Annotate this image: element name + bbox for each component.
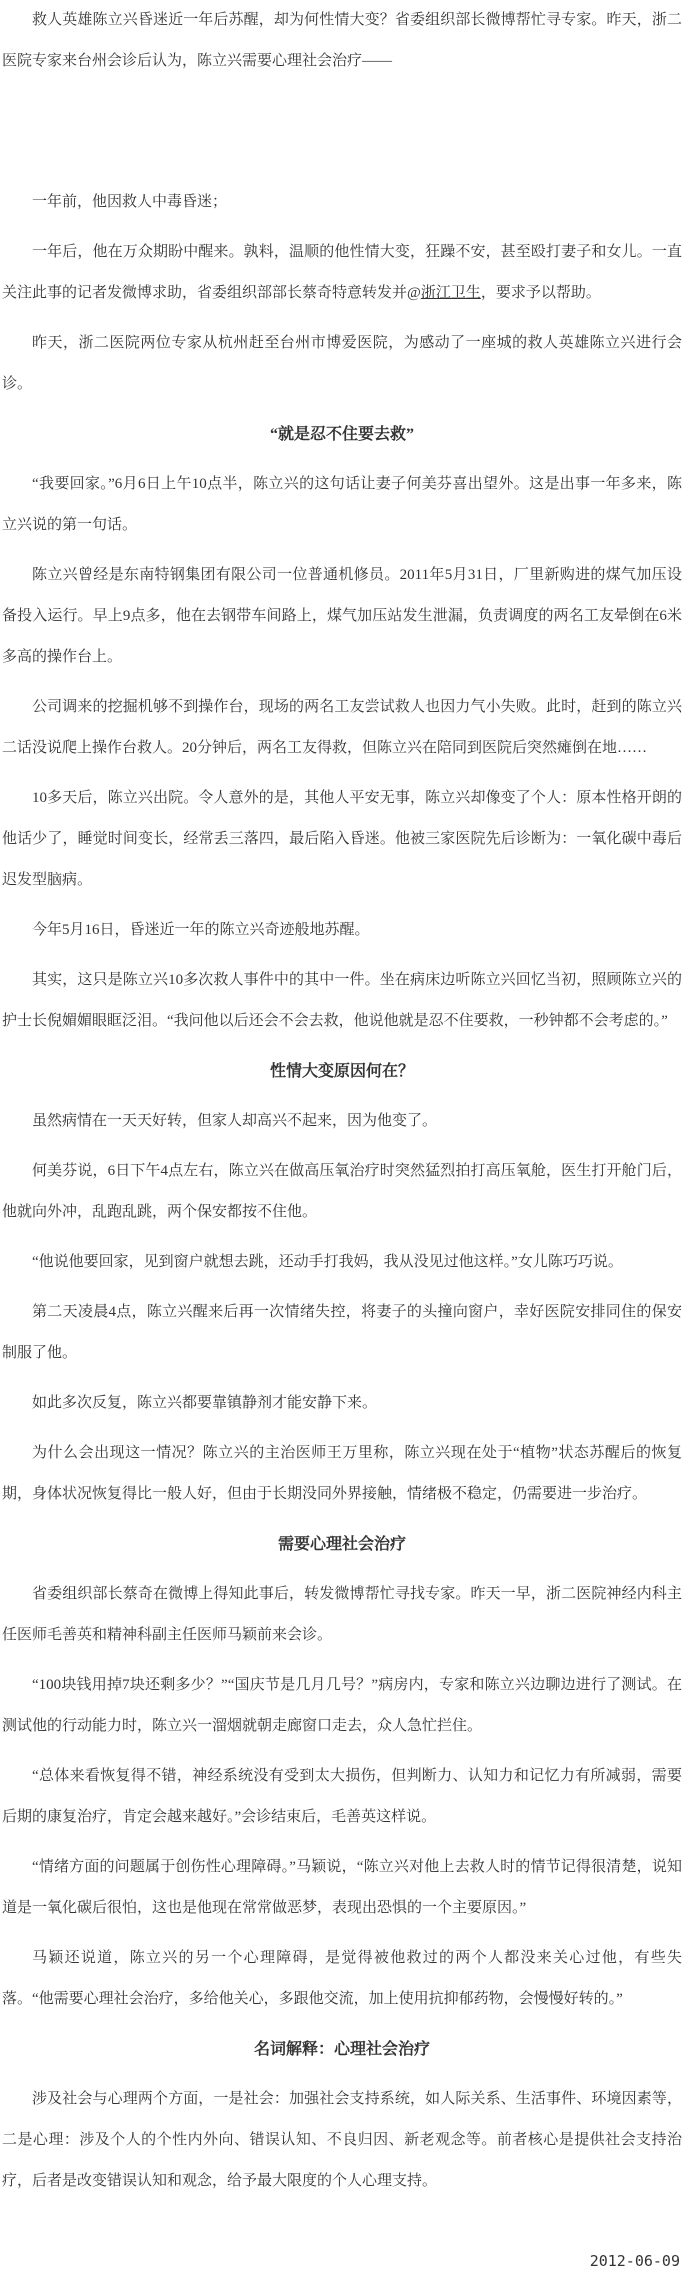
paragraph: 昨天，浙二医院两位专家从杭州赶至台州市博爱医院，为感动了一座城的救人英雄陈立兴进… <box>2 323 682 405</box>
section-heading: 名词解释：心理社会治疗 <box>2 2029 682 2070</box>
paragraph: 其实，这只是陈立兴10多次救人事件中的其中一件。坐在病床边听陈立兴回忆当初，照顾… <box>2 960 682 1042</box>
paragraph: “他说他要回家，见到窗户就想去跳，还动手打我妈，我从没见过他这样。”女儿陈巧巧说… <box>2 1242 682 1283</box>
paragraph-text: ，要求予以帮助。 <box>481 285 601 301</box>
paragraph: 虽然病情在一天天好转，但家人却高兴不起来，因为他变了。 <box>2 1101 682 1142</box>
section-heading: “就是忍不住要去救” <box>2 414 682 455</box>
article-page: 救人英雄陈立兴昏迷近一年后苏醒，却为何性情大变？省委组织部长微博帮忙寻专家。昨天… <box>0 0 684 2273</box>
paragraph: 陈立兴曾经是东南特钢集团有限公司一位普通机修员。2011年5月31日，厂里新购进… <box>2 555 682 678</box>
lead-paragraph: 救人英雄陈立兴昏迷近一年后苏醒，却为何性情大变？省委组织部长微博帮忙寻专家。昨天… <box>2 0 682 82</box>
paragraph: 何美芬说，6日下午4点左右，陈立兴在做高压氧治疗时突然猛烈拍打高压氧舱，医生打开… <box>2 1151 682 1233</box>
section-heading: 需要心理社会治疗 <box>2 1524 682 1565</box>
paragraph: “100块钱用掉7块还剩多少？”“国庆节是几月几号？”病房内，专家和陈立兴边聊边… <box>2 1665 682 1747</box>
paragraph: 一年前，他因救人中毒昏迷； <box>2 182 682 223</box>
paragraph: 涉及社会与心理两个方面，一是社会：加强社会支持系统，如人际关系、生活事件、环境因… <box>2 2079 682 2202</box>
paragraph: 公司调来的挖掘机够不到操作台，现场的两名工友尝试救人也因力气小失败。此时，赶到的… <box>2 687 682 769</box>
paragraph: 今年5月16日，昏迷近一年的陈立兴奇迹般地苏醒。 <box>2 910 682 951</box>
weibo-mention-link[interactable]: 浙江卫生 <box>421 285 481 301</box>
image-placeholder-gap <box>2 91 682 182</box>
paragraph: “情绪方面的问题属于创伤性心理障碍。”马颖说，“陈立兴对他上去救人时的情节记得很… <box>2 1847 682 1929</box>
paragraph: 一年后，他在万众期盼中醒来。孰料，温顺的他性情大变，狂躁不安，甚至殴打妻子和女儿… <box>2 232 682 314</box>
paragraph: 如此多次反复，陈立兴都要靠镇静剂才能安静下来。 <box>2 1383 682 1424</box>
paragraph: 10多天后，陈立兴出院。令人意外的是，其他人平安无事，陈立兴却像变了个人：原本性… <box>2 778 682 901</box>
paragraph: “总体来看恢复得不错，神经系统没有受到太大损伤，但判断力、认知力和记忆力有所减弱… <box>2 1756 682 1838</box>
section-heading: 性情大变原因何在？ <box>2 1051 682 1092</box>
publish-date: 2012-06-09 <box>590 2251 680 2271</box>
paragraph: 省委组织部长蔡奇在微博上得知此事后，转发微博帮忙寻找专家。昨天一早，浙二医院神经… <box>2 1574 682 1656</box>
paragraph: 为什么会出现这一情况？陈立兴的主治医师王万里称，陈立兴现在处于“植物”状态苏醒后… <box>2 1433 682 1515</box>
paragraph: 马颖还说道，陈立兴的另一个心理障碍，是觉得被他救过的两个人都没来关心过他，有些失… <box>2 1938 682 2020</box>
paragraph: 第二天凌晨4点，陈立兴醒来后再一次情绪失控，将妻子的头撞向窗户，幸好医院安排同住… <box>2 1292 682 1374</box>
paragraph: “我要回家。”6月6日上午10点半，陈立兴的这句话让妻子何美芬喜出望外。这是出事… <box>2 464 682 546</box>
